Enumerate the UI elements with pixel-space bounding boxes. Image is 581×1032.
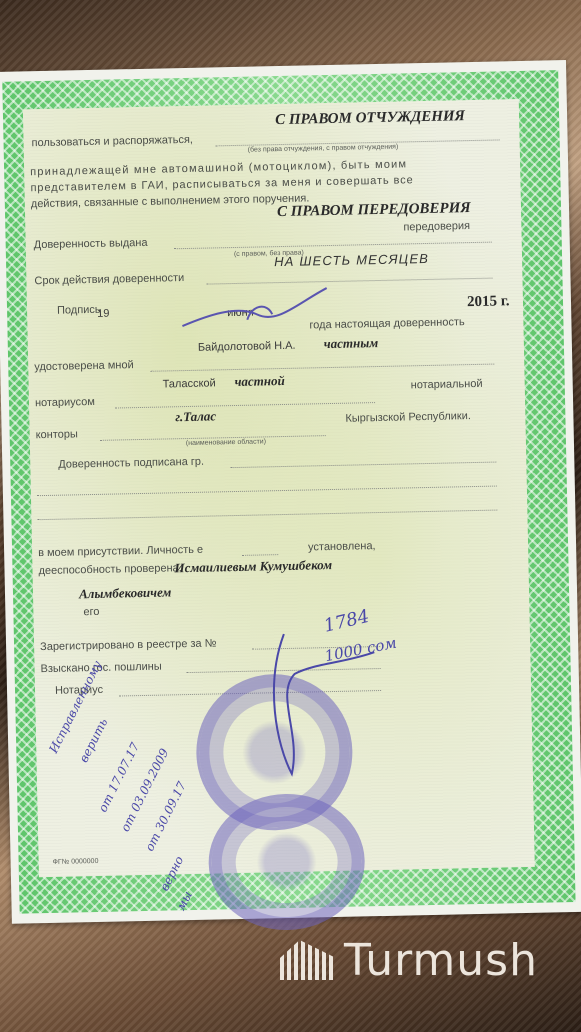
dotted-line	[37, 510, 497, 521]
watermark-brand: Turmush	[344, 935, 538, 986]
use-dispose-text: пользоваться и распоряжаться,	[31, 134, 193, 149]
turmush-watermark: Turmush	[280, 930, 550, 990]
signer-name-2: Алымбековичем	[79, 584, 172, 602]
signed-label: Подпись	[57, 304, 101, 317]
delegation-label: передоверия	[403, 220, 470, 233]
document-body: С ПРАВОМ ОТЧУЖДЕНИЯ пользоваться и распо…	[23, 99, 535, 877]
turmush-logo-icon	[280, 940, 336, 980]
delegation-heading: С ПРАВОМ ПЕРЕДОВЕРИЯ	[277, 200, 471, 221]
form-code: ФГ№ 0000000	[53, 858, 99, 866]
dotted-line	[150, 364, 494, 372]
power-of-attorney-document: С ПРАВОМ ОТЧУЖДЕНИЯ пользоваться и распо…	[0, 60, 581, 924]
gai-text: представителем в ГАИ, расписываться за м…	[30, 174, 413, 194]
actions-text: действия, связанные с выполнением этого …	[31, 192, 310, 210]
day-value: 19	[97, 308, 109, 320]
presence-label: в моем присутствии. Личность е	[38, 544, 203, 559]
region-hint: (наименование области)	[186, 438, 266, 447]
handwritten-note-2: верить	[76, 716, 110, 765]
capacity-label: дееспособность проверена.	[38, 562, 182, 577]
signed-by-label: Доверенность подписана гр.	[58, 456, 204, 471]
notary-signature	[234, 622, 387, 785]
city-value: г.Талас	[175, 408, 216, 425]
region-value: Таласской	[163, 377, 216, 390]
term-label: Срок действия доверенности	[34, 272, 184, 287]
year-value: 2015 г.	[467, 293, 510, 311]
dotted-line	[242, 554, 278, 556]
notarial-label: нотариальной	[411, 378, 483, 392]
ego-label: его	[83, 606, 99, 618]
notary-label: нотариусом	[35, 396, 95, 409]
notary-seal-stamp-2	[207, 792, 366, 931]
signature-scribble-top	[177, 283, 338, 346]
established-label: установлена,	[308, 540, 376, 553]
issued-label: Доверенность выдана	[34, 237, 148, 251]
dotted-line	[37, 486, 497, 497]
alienation-heading: С ПРАВОМ ОТЧУЖДЕНИЯ	[275, 108, 465, 129]
signer-name-1: Исмаилиевым Кумушбеком	[174, 557, 332, 576]
term-value: НА ШЕСТЬ МЕСЯЦЕВ	[274, 251, 429, 269]
certified-label: удостоверена мной	[34, 359, 134, 373]
office-label: конторы	[36, 428, 78, 441]
republic-label: Кыргызской Республики.	[345, 410, 471, 425]
dotted-line	[174, 242, 492, 250]
dotted-line	[115, 402, 375, 408]
dotted-line	[207, 278, 493, 285]
signed-by-field	[230, 462, 496, 469]
office-type: частной	[234, 373, 284, 390]
registry-label: Зарегистрировано в реестре за №	[40, 637, 217, 653]
